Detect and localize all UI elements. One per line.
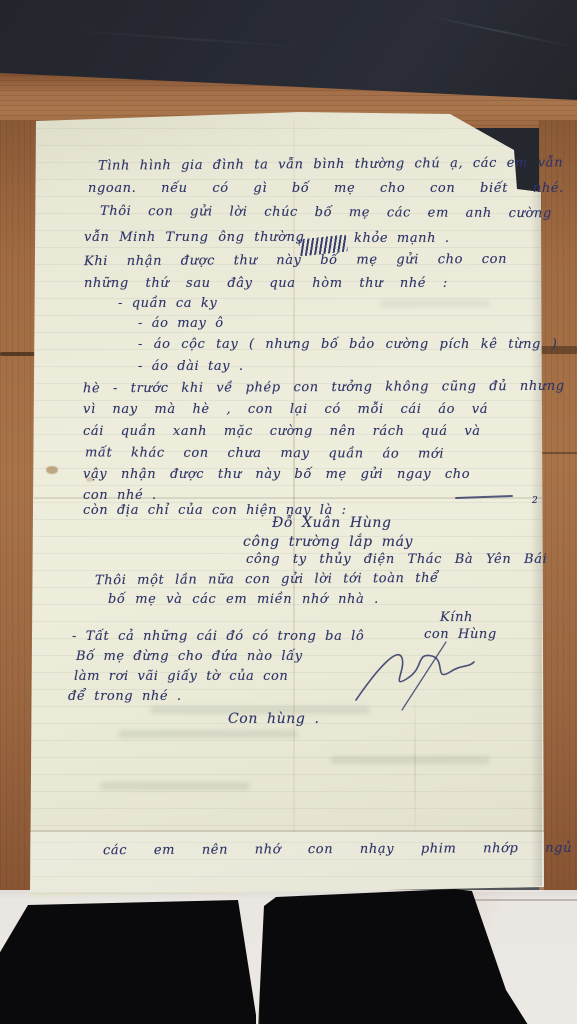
letter-line: bố mẹ và các em miền nhớ nhà . [108, 593, 379, 607]
letter-line: cái quần xanh mặc cường nên rách quá và [83, 425, 481, 439]
letter-line: những thứ sau đây qua hòm thư nhé : [84, 277, 448, 291]
paper-stain [46, 466, 58, 474]
photo-scene: Tình hình gia đình ta vẫn bình thường ch… [0, 0, 577, 1024]
letter-line: để trong nhé . [68, 690, 182, 704]
letter-line-bottom-strip: các em nên nhớ con nhạy phim nhớp ngủ [103, 842, 572, 858]
signature-flourish [350, 638, 490, 713]
letter-line: - Tất cả những cái đó có trong ba lô [72, 630, 364, 644]
letter-line: con nhé . [83, 489, 157, 503]
wood-board-right [539, 120, 577, 893]
letter-line-closing: Kính [440, 611, 473, 625]
letter-line-address: công trường lắp máy [243, 535, 413, 549]
letter-line-recipient-name: Đỗ Xuân Hùng [272, 516, 392, 530]
bleedthrough-smudge [100, 782, 250, 790]
letter-line: Thôi một lần nữa con gửi lời tới toàn th… [95, 572, 439, 588]
bleedthrough-smudge [118, 730, 298, 738]
margin-page-mark: 2 [532, 494, 538, 508]
letter-line: vẫn Minh Trung ông thường [84, 231, 304, 245]
letter-line-address: công ty thủy điện Thác Bà Yên Bái [246, 553, 547, 567]
letter-line: ngoan. nếu có gì bố mẹ cho con biết nhé. [88, 182, 564, 196]
letter-line-signoff: Con hùng . [228, 712, 320, 726]
paper-edge-shadow [530, 192, 542, 886]
letter-line: vậy nhận được thư này bố mẹ gửi ngay cho [83, 468, 470, 482]
letter-line: làm rơi vãi giấy tờ của con [74, 670, 288, 684]
letter-line: mất khác con chưa may quần áo mới [85, 446, 444, 461]
letter-line: Bố mẹ đừng cho đứa nào lấy [76, 650, 303, 664]
wood-groove [0, 352, 40, 356]
letter-line: - áo dài tay . [138, 360, 244, 374]
letter-line: - quần ca ky [118, 297, 217, 311]
letter-line: khỏe mạnh . [354, 232, 450, 246]
letter-line: - áo may ô [138, 317, 224, 331]
bleedthrough-smudge [330, 756, 490, 764]
wood-groove [539, 452, 577, 454]
letter-line: vì nay mà hè , con lại có mỗi cái áo vá [83, 403, 488, 417]
letter-line: Khi nhận được thư này bố mẹ gửi cho con [84, 253, 507, 269]
letter-line: hè - trước khi về phép con tưởng không c… [83, 380, 565, 397]
letter-line: - áo cộc tay ( nhưng bố bảo cường pích k… [138, 338, 557, 352]
person-leg-left [0, 893, 262, 1024]
fold-crease-vertical [414, 700, 416, 830]
letter-line: Thôi con gửi lời chúc bố mẹ các em anh c… [100, 205, 552, 221]
bleedthrough-smudge [380, 300, 490, 307]
